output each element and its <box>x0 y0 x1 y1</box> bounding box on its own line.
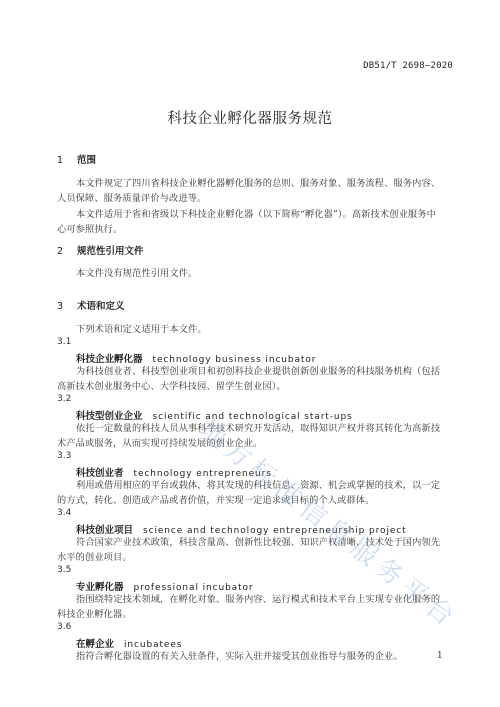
standard-code: DB51/T 2698—2020 <box>363 61 453 71</box>
references-paragraph: 本文件没有规范性引用文件。 <box>57 266 445 281</box>
section-heading-scope: 1范围 <box>57 152 96 166</box>
section-heading-terms: 3术语和定义 <box>57 298 125 312</box>
term-definition: 指符合孵化器设置的有关入驻条件，实际入驻并接受其创业指导与服务的企业。 <box>57 649 445 664</box>
section-heading-normative-references: 2规范性引用文件 <box>57 243 144 257</box>
term-entry: 科技企业孵化器technology business incubator <box>76 351 316 365</box>
scope-paragraph-1: 本文件规定了四川省科技企业孵化器孵化服务的总则、服务对象、服务流程、服务内容、人… <box>57 176 445 206</box>
term-entry: 科技创业者technology entrepreneurs <box>76 465 272 479</box>
term-number: 3.4 <box>57 508 71 518</box>
term-number: 3.5 <box>57 565 71 575</box>
document-page: DB51/T 2698—2020 科技企业孵化器服务规范 1范围 本文件规定了四… <box>0 0 500 707</box>
page-number: 1 <box>437 651 443 661</box>
term-number: 3.1 <box>57 337 71 347</box>
section-title: 规范性引用文件 <box>77 246 144 257</box>
document-title: 科技企业孵化器服务规范 <box>0 107 500 128</box>
terms-intro-paragraph: 下列术语和定义适用于本文件。 <box>57 322 445 337</box>
section-title: 范围 <box>77 155 96 166</box>
term-number: 3.6 <box>57 622 71 632</box>
section-title: 术语和定义 <box>77 301 125 312</box>
term-entry: 科技型创业企业scientific and technological star… <box>76 408 353 422</box>
term-definition: 指围绕特定技术领域，在孵化对象、服务内容、运行模式和技术平台上实现专业化服务的科… <box>57 592 445 622</box>
section-number: 3 <box>57 301 77 312</box>
term-definition: 依托一定数量的科技人员从事科学技术研究开发活动，取得知识产权并将其转化为高新技术… <box>57 421 445 451</box>
term-definition: 符合国家产业技术政策，科技含量高、创新性比较强、知识产权清晰、技术处于国内领先水… <box>57 535 445 565</box>
term-definition: 利用或借用相应的平台或载体，将其发现的科技信息、资源、机会或掌握的技术，以一定的… <box>57 478 445 508</box>
term-number: 3.2 <box>57 394 71 404</box>
term-definition: 为科技创业者、科技型创业项目和初创科技企业提供创新创业服务的科技服务机构（包括高… <box>57 364 445 394</box>
section-number: 2 <box>57 246 77 257</box>
scope-paragraph-2: 本文件适用于省和省级以下科技企业孵化器（以下简称“孵化器”）。高新技术创业服务中… <box>57 207 445 237</box>
term-entry: 专业孵化器professional incubator <box>76 579 254 593</box>
term-number: 3.3 <box>57 451 71 461</box>
term-entry: 在孵企业incubatees <box>76 636 182 650</box>
term-entry: 科技创业项目science and technology entrepreneu… <box>76 522 407 536</box>
section-number: 1 <box>57 155 77 166</box>
